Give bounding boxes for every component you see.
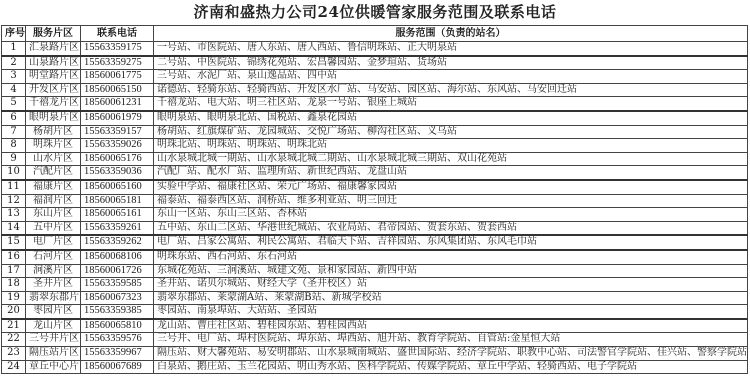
row-phone: 18560065150 <box>81 83 154 97</box>
row-scope: 电厂站、吕家公寓站、利民公寓站、君临天下站、吉祥园站、东风集团站、东风毛巾站 <box>154 235 748 250</box>
row-scope: 诺德站、轻骑东站、轻骑西站、开发区水厂站、马安站、园区站、海尔站、东风站、马安回… <box>154 83 748 97</box>
row-scope: 实验中学站、福康社区站、荣元广场站、福康馨家园站 <box>154 180 748 194</box>
row-index: 9 <box>2 152 26 166</box>
row-index: 7 <box>2 125 26 139</box>
row-phone: 15563359967 <box>81 347 154 361</box>
row-index: 4 <box>2 83 26 97</box>
row-index: 10 <box>2 166 26 180</box>
header-phone: 联系电话 <box>81 26 154 42</box>
row-index: 21 <box>2 319 26 333</box>
row-phone: 18560065160 <box>81 180 154 194</box>
row-scope: 枣园站、南泉埠站、大站站、圣园站 <box>154 305 748 319</box>
row-phone: 18560065181 <box>81 194 154 208</box>
table-row: 14五中片区15563359261五中站、东山二区站、华港世纪城站、农业局站、君… <box>2 221 748 235</box>
row-scope: 东山一区站、东山三区站、杏林站 <box>154 208 748 222</box>
row-scope: 明珠北站、明珠站、明珠站、明珠北站 <box>154 139 748 153</box>
row-scope: 圣井站、诺贝尔城站、财经大学（圣井校区）站 <box>154 278 748 292</box>
row-area: 东山片区 <box>26 208 81 222</box>
row-index: 18 <box>2 278 26 292</box>
row-scope: 杨胡站、红旗煤矿站、龙园城站、交悦广场站、柳沟社区站、义乌站 <box>154 125 748 139</box>
row-phone: 15563359026 <box>81 139 154 153</box>
row-index: 15 <box>2 235 26 250</box>
row-area: 福康片区 <box>26 180 81 194</box>
row-index: 13 <box>2 208 26 222</box>
row-area: 眼明泉片区 <box>26 111 81 125</box>
table-row: 12福润片区18560065181福泰站、福泰西区站、润桥站、维多利亚站、明三回… <box>2 194 748 208</box>
row-scope: 东城花苑站、三涧溪站、城建文苑、景和家园站、新四中站 <box>154 264 748 278</box>
header-index: 序号 <box>2 26 26 42</box>
row-scope: 白泉站、鹅庄站、玉兰花园站、明山秀水站、医科学院站、传媒学院站、章丘中学站、轻骑… <box>154 360 748 374</box>
row-index: 11 <box>2 180 26 194</box>
row-phone: 18560068106 <box>81 250 154 264</box>
row-index: 23 <box>2 347 26 361</box>
row-index: 5 <box>2 97 26 111</box>
row-scope: 山水泉城北城一期站、山水泉城北城二期站、山水泉城北城三期站、双山花苑站 <box>154 152 748 166</box>
row-phone: 15563359157 <box>81 125 154 139</box>
table-row: 11福康片区18560065160实验中学站、福康社区站、荣元广场站、福康馨家园… <box>2 180 748 194</box>
row-phone: 15563359175 <box>81 42 154 56</box>
row-phone: 18560061979 <box>81 111 154 125</box>
row-area: 山泉路片区 <box>26 56 81 70</box>
row-scope: 五中站、东山二区站、华港世纪城站、农业局站、君帝园站、贺套东站、贺套西站 <box>154 221 748 235</box>
table-row: 24章丘中心片区18560067689白泉站、鹅庄站、玉兰花园站、明山秀水站、医… <box>2 360 748 374</box>
row-index: 16 <box>2 250 26 264</box>
row-index: 17 <box>2 264 26 278</box>
row-scope: 隔压站、财大馨苑站、易安明郡站、山水泉城南城站、盛世国际站、经济学院站、职教中心… <box>154 347 748 361</box>
row-phone: 18560067689 <box>81 360 154 374</box>
row-area: 汇泉路片区 <box>26 42 81 56</box>
row-scope: 三号站、水泥厂站、泉山逸品站、四中站 <box>154 70 748 84</box>
table-row: 18圣井片区15563359585圣井站、诺贝尔城站、财经大学（圣井校区）站 <box>2 278 748 292</box>
row-phone: 15563359036 <box>81 166 154 180</box>
row-area: 福润片区 <box>26 194 81 208</box>
row-index: 8 <box>2 139 26 153</box>
row-phone: 18560065176 <box>81 152 154 166</box>
row-phone: 18560067323 <box>81 291 154 305</box>
row-index: 24 <box>2 360 26 374</box>
row-phone: 15563359576 <box>81 333 154 347</box>
row-index: 22 <box>2 333 26 347</box>
row-phone: 15563359585 <box>81 278 154 292</box>
row-scope: 龙山站、曹庄社区站、碧桂园东站、碧桂园西站 <box>154 319 748 333</box>
table-row: 5千禧龙片区18560061231千禧龙站、电大站、明三社区站、龙泉一号站、银座… <box>2 97 748 111</box>
row-scope: 千禧龙站、电大站、明三社区站、龙泉一号站、银座上城站 <box>154 97 748 111</box>
row-area: 电厂片区 <box>26 235 81 250</box>
table-row: 1汇泉路片区15563359175一号站、市医院站、唐人东站、唐人西站、鲁信明珠… <box>2 42 748 56</box>
row-scope: 翡翠东郡站、莱蒙湖A站、莱蒙湖B站、新城学校站 <box>154 291 748 305</box>
row-area: 汽配片区 <box>26 166 81 180</box>
row-phone: 15563359275 <box>81 56 154 70</box>
row-scope: 二号站、中医院站、锦绣花苑站、宏昌馨园站、金梦瑄站、货场站 <box>154 56 748 70</box>
row-area: 开发区片区 <box>26 83 81 97</box>
row-phone: 15563359385 <box>81 305 154 319</box>
row-area: 千禧龙片区 <box>26 97 81 111</box>
table-row: 15电厂片区15563359262电厂站、吕家公寓站、利民公寓站、君临天下站、吉… <box>2 235 748 250</box>
table-row: 4开发区片区18560065150诺德站、轻骑东站、轻骑西站、开发区水厂站、马安… <box>2 83 748 97</box>
row-scope: 福泰站、福泰西区站、润桥站、维多利亚站、明三回迁 <box>154 194 748 208</box>
row-phone: 18560065161 <box>81 208 154 222</box>
row-index: 12 <box>2 194 26 208</box>
row-index: 6 <box>2 111 26 125</box>
row-scope: 一号站、市医院站、唐人东站、唐人西站、鲁信明珠站、正大明泉站 <box>154 42 748 56</box>
table-row: 19翡翠东郡片区18560067323翡翠东郡站、莱蒙湖A站、莱蒙湖B站、新城学… <box>2 291 748 305</box>
row-area: 隔压站片区 <box>26 347 81 361</box>
table-row: 20枣园片区15563359385枣园站、南泉埠站、大站站、圣园站 <box>2 305 748 319</box>
row-area: 五中片区 <box>26 221 81 235</box>
row-scope: 眼明泉站、眼明泉北站、国税站、鑫泉花园站 <box>154 111 748 125</box>
row-index: 14 <box>2 221 26 235</box>
row-area: 章丘中心片区 <box>26 360 81 374</box>
row-area: 翡翠东郡片区 <box>26 291 81 305</box>
service-area-table: 序号 服务片区 联系电话 服务范围（负责的站名） 1汇泉路片区155633591… <box>1 25 748 374</box>
table-row: 6眼明泉片区18560061979眼明泉站、眼明泉北站、国税站、鑫泉花园站 <box>2 111 748 125</box>
row-phone: 18560065810 <box>81 319 154 333</box>
header-area: 服务片区 <box>26 26 81 42</box>
row-index: 1 <box>2 42 26 56</box>
row-phone: 18560061231 <box>81 97 154 111</box>
row-area: 石河片区 <box>26 250 81 264</box>
table-row: 10汽配片区15563359036汽配厂站、配水厂站、监理所站、新世纪西站、龙盘… <box>2 166 748 180</box>
row-index: 2 <box>2 56 26 70</box>
row-phone: 18560061726 <box>81 264 154 278</box>
table-row: 16石河片区18560068106明珠东站、西石河站、东石河站 <box>2 250 748 264</box>
row-scope: 明珠东站、西石河站、东石河站 <box>154 250 748 264</box>
row-scope: 三号井、电厂站、埠村医院站、埠东站、埠西站、旭升站、教育学院站、自管站:金星恒大… <box>154 333 748 347</box>
row-phone: 15563359261 <box>81 221 154 235</box>
row-area: 明堂路片区 <box>26 70 81 84</box>
table-row: 22三号井片区15563359576三号井、电厂站、埠村医院站、埠东站、埠西站、… <box>2 333 748 347</box>
table-header-row: 序号 服务片区 联系电话 服务范围（负责的站名） <box>2 26 748 42</box>
row-index: 20 <box>2 305 26 319</box>
row-area: 圣井片区 <box>26 278 81 292</box>
header-scope: 服务范围（负责的站名） <box>154 26 748 42</box>
table-row: 7杨胡片区15563359157杨胡站、红旗煤矿站、龙园城站、交悦广场站、柳沟社… <box>2 125 748 139</box>
table-row: 8明珠片区15563359026明珠北站、明珠站、明珠站、明珠北站 <box>2 139 748 153</box>
table-row: 17涧溪片区18560061726东城花苑站、三涧溪站、城建文苑、景和家园站、新… <box>2 264 748 278</box>
table-row: 21龙山片区18560065810龙山站、曹庄社区站、碧桂园东站、碧桂园西站 <box>2 319 748 333</box>
row-index: 19 <box>2 291 26 305</box>
row-area: 三号井片区 <box>26 333 81 347</box>
table-row: 9山水片区18560065176山水泉城北城一期站、山水泉城北城二期站、山水泉城… <box>2 152 748 166</box>
row-phone: 18560061775 <box>81 70 154 84</box>
row-phone: 15563359262 <box>81 235 154 250</box>
table-row: 3明堂路片区18560061775三号站、水泥厂站、泉山逸品站、四中站 <box>2 70 748 84</box>
table-row: 23隔压站片区15563359967隔压站、财大馨苑站、易安明郡站、山水泉城南城… <box>2 347 748 361</box>
row-area: 杨胡片区 <box>26 125 81 139</box>
row-index: 3 <box>2 70 26 84</box>
row-area: 明珠片区 <box>26 139 81 153</box>
document-title: 济南和盛热力公司24位供暖管家服务范围及联系电话 <box>0 0 750 25</box>
row-area: 枣园片区 <box>26 305 81 319</box>
table-row: 13东山片区18560065161东山一区站、东山三区站、杏林站 <box>2 208 748 222</box>
row-area: 涧溪片区 <box>26 264 81 278</box>
row-area: 山水片区 <box>26 152 81 166</box>
table-row: 2山泉路片区15563359275二号站、中医院站、锦绣花苑站、宏昌馨园站、金梦… <box>2 56 748 70</box>
row-scope: 汽配厂站、配水厂站、监理所站、新世纪西站、龙盘山站 <box>154 166 748 180</box>
row-area: 龙山片区 <box>26 319 81 333</box>
